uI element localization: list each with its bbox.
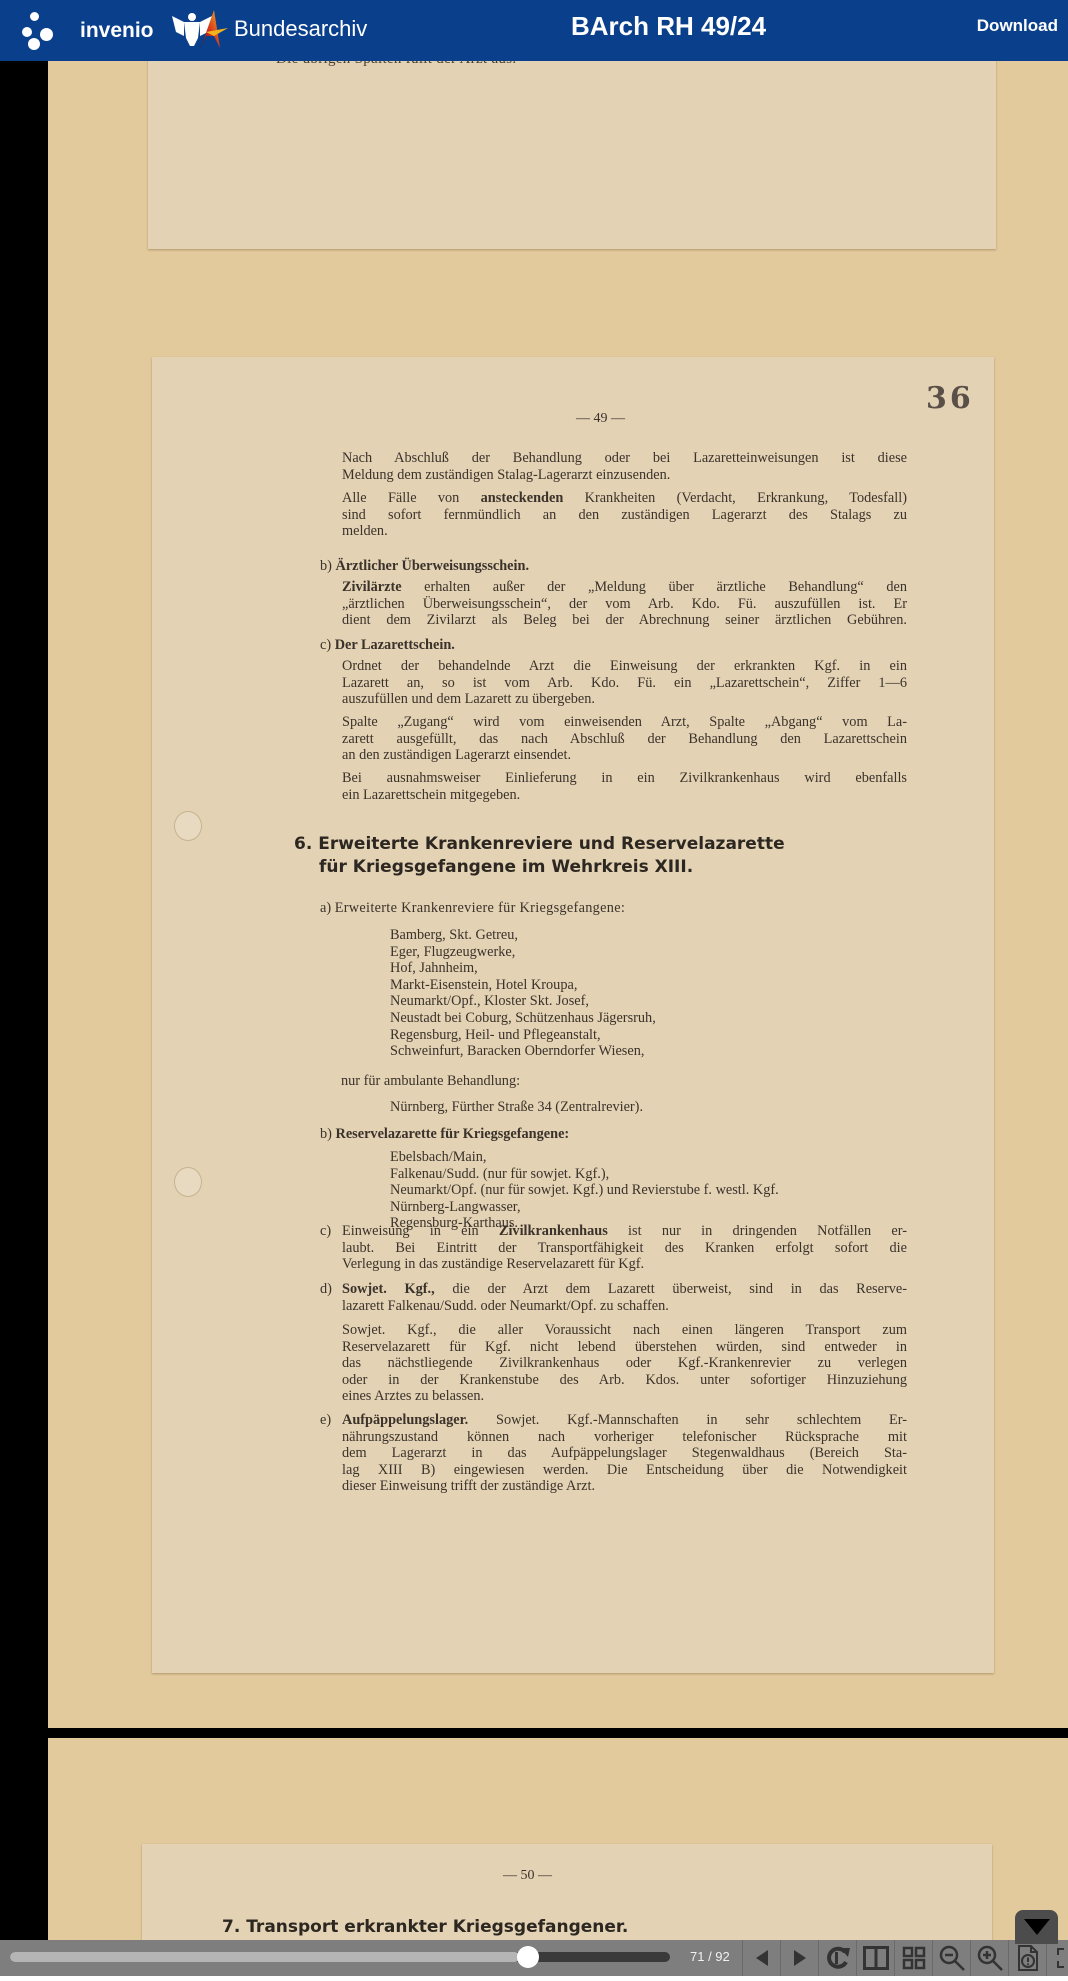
page-counter: 71 / 92 [690, 1949, 730, 1964]
paragraph: Ordnet der behandelnde Arzt die Einweisu… [342, 658, 907, 708]
triangle-down-icon [1024, 1919, 1050, 1935]
page-slider-thumb[interactable] [517, 1946, 539, 1968]
page-slider-fill [10, 1952, 520, 1962]
next-page-button[interactable] [780, 1940, 818, 1976]
section-7-heading: 7. Transport erkrankter Kriegsgefangener… [222, 1916, 628, 1939]
subsection-b-title: b) Ärztlicher Überweisungsschein. [320, 558, 529, 575]
gallery-view-button[interactable] [894, 1940, 932, 1976]
paragraph: Sowjet. Kgf., die aller Voraussicht nach… [342, 1322, 907, 1405]
arrow-left-icon [755, 1950, 769, 1966]
arrow-right-icon [793, 1950, 807, 1966]
page-number: — 50 — [503, 1868, 552, 1885]
next-page-scan: — 50 — 7. Transport erkrankter Kriegsgef… [48, 1738, 1068, 1940]
eagle-icon [170, 6, 230, 52]
paragraph: Zivilärzte erhalten außer der „Meldung ü… [342, 579, 907, 629]
paragraph: Alle Fälle von ansteckenden Krankheiten … [342, 490, 907, 540]
rotate-button[interactable] [818, 1940, 856, 1976]
current-page-paper: — 49 — 36 Nach Abschluß der Behandlung o… [152, 357, 994, 1673]
location-list: Bamberg, Skt. Getreu, Eger, Flugzeugwerk… [390, 927, 656, 1060]
previous-page-button[interactable] [742, 1940, 780, 1976]
subsection-6d: d) Sowjet. Kgf., die der Arzt dem Lazare… [320, 1281, 907, 1314]
fullscreen-button[interactable] [1046, 1940, 1068, 1976]
report-issue-button[interactable] [1008, 1940, 1046, 1976]
subsection-6c: c) Einweisung in ein Zivilkrankenhaus is… [320, 1223, 907, 1273]
document-viewer[interactable]: Die übrigen Spalten füllt der Arzt aus. … [0, 61, 1068, 1940]
zoom-out-button[interactable] [932, 1940, 970, 1976]
fullscreen-icon [1057, 1948, 1068, 1968]
page-slider[interactable] [10, 1952, 670, 1962]
folio-number: 36 [926, 391, 974, 408]
ambulant-location: Nürnberg, Fürther Straße 34 (Zentralrevi… [390, 1099, 643, 1116]
section-6-heading: 6. Erweiterte Krankenreviere und Reserve… [294, 833, 785, 879]
toggle-toolbar-button[interactable] [1015, 1910, 1058, 1944]
invenio-logo[interactable]: invenio [20, 10, 154, 50]
previous-page-text: Die übrigen Spalten füllt der Arzt aus. [276, 61, 516, 68]
zoom-in-icon [976, 1944, 1004, 1972]
punch-hole [174, 1167, 202, 1197]
subsection-6b-title: b) Reservelazarette für Kriegsgefangene: [320, 1126, 569, 1143]
invenio-label: invenio [80, 19, 154, 43]
book-view-icon [863, 1946, 889, 1970]
bundesarchiv-label: Bundesarchiv [234, 16, 367, 42]
download-button[interactable]: Download [977, 16, 1058, 36]
current-page-scan: — 49 — 36 Nach Abschluß der Behandlung o… [48, 283, 1068, 1728]
single-page-view-button[interactable] [856, 1940, 894, 1976]
paragraph: Spalte „Zugang“ wird vom einweisenden Ar… [342, 714, 907, 764]
subsection-c-title: c) Der Lazarettschein. [320, 637, 455, 654]
punch-hole [174, 811, 202, 841]
zoom-out-icon [938, 1944, 966, 1972]
page-number: — 49 — [576, 411, 625, 428]
invenio-dots-icon [20, 10, 62, 50]
previous-page-paper: Die übrigen Spalten füllt der Arzt aus. [148, 61, 996, 249]
ambulant-label: nur für ambulante Behandlung: [341, 1073, 520, 1090]
viewer-toolbar: 71 / 92 [0, 1940, 1068, 1976]
rotate-icon [825, 1945, 851, 1971]
zoom-in-button[interactable] [970, 1940, 1008, 1976]
location-list: Ebelsbach/Main, Falkenau/Sudd. (nur für … [390, 1149, 779, 1232]
grid-icon [902, 1946, 926, 1970]
document-alert-icon [1017, 1944, 1039, 1972]
document-title: BArch RH 49/24 [571, 11, 766, 42]
app-header: invenio Bundesarchiv BArch RH 49/24 Down… [0, 0, 1068, 61]
subsection-6e: e) Aufpäppelungslager. Sowjet. Kgf.-Mann… [320, 1412, 907, 1495]
toolbar-bottom-edge [0, 1976, 1068, 1981]
paragraph: Bei ausnahmsweiser Einlieferung in ein Z… [342, 770, 907, 803]
subsection-6a-title: a) Erweiterte Krankenreviere für Kriegsg… [320, 900, 625, 917]
paragraph: Nach Abschluß der Behandlung oder bei La… [342, 450, 907, 483]
bundesarchiv-logo[interactable]: Bundesarchiv [170, 6, 367, 52]
